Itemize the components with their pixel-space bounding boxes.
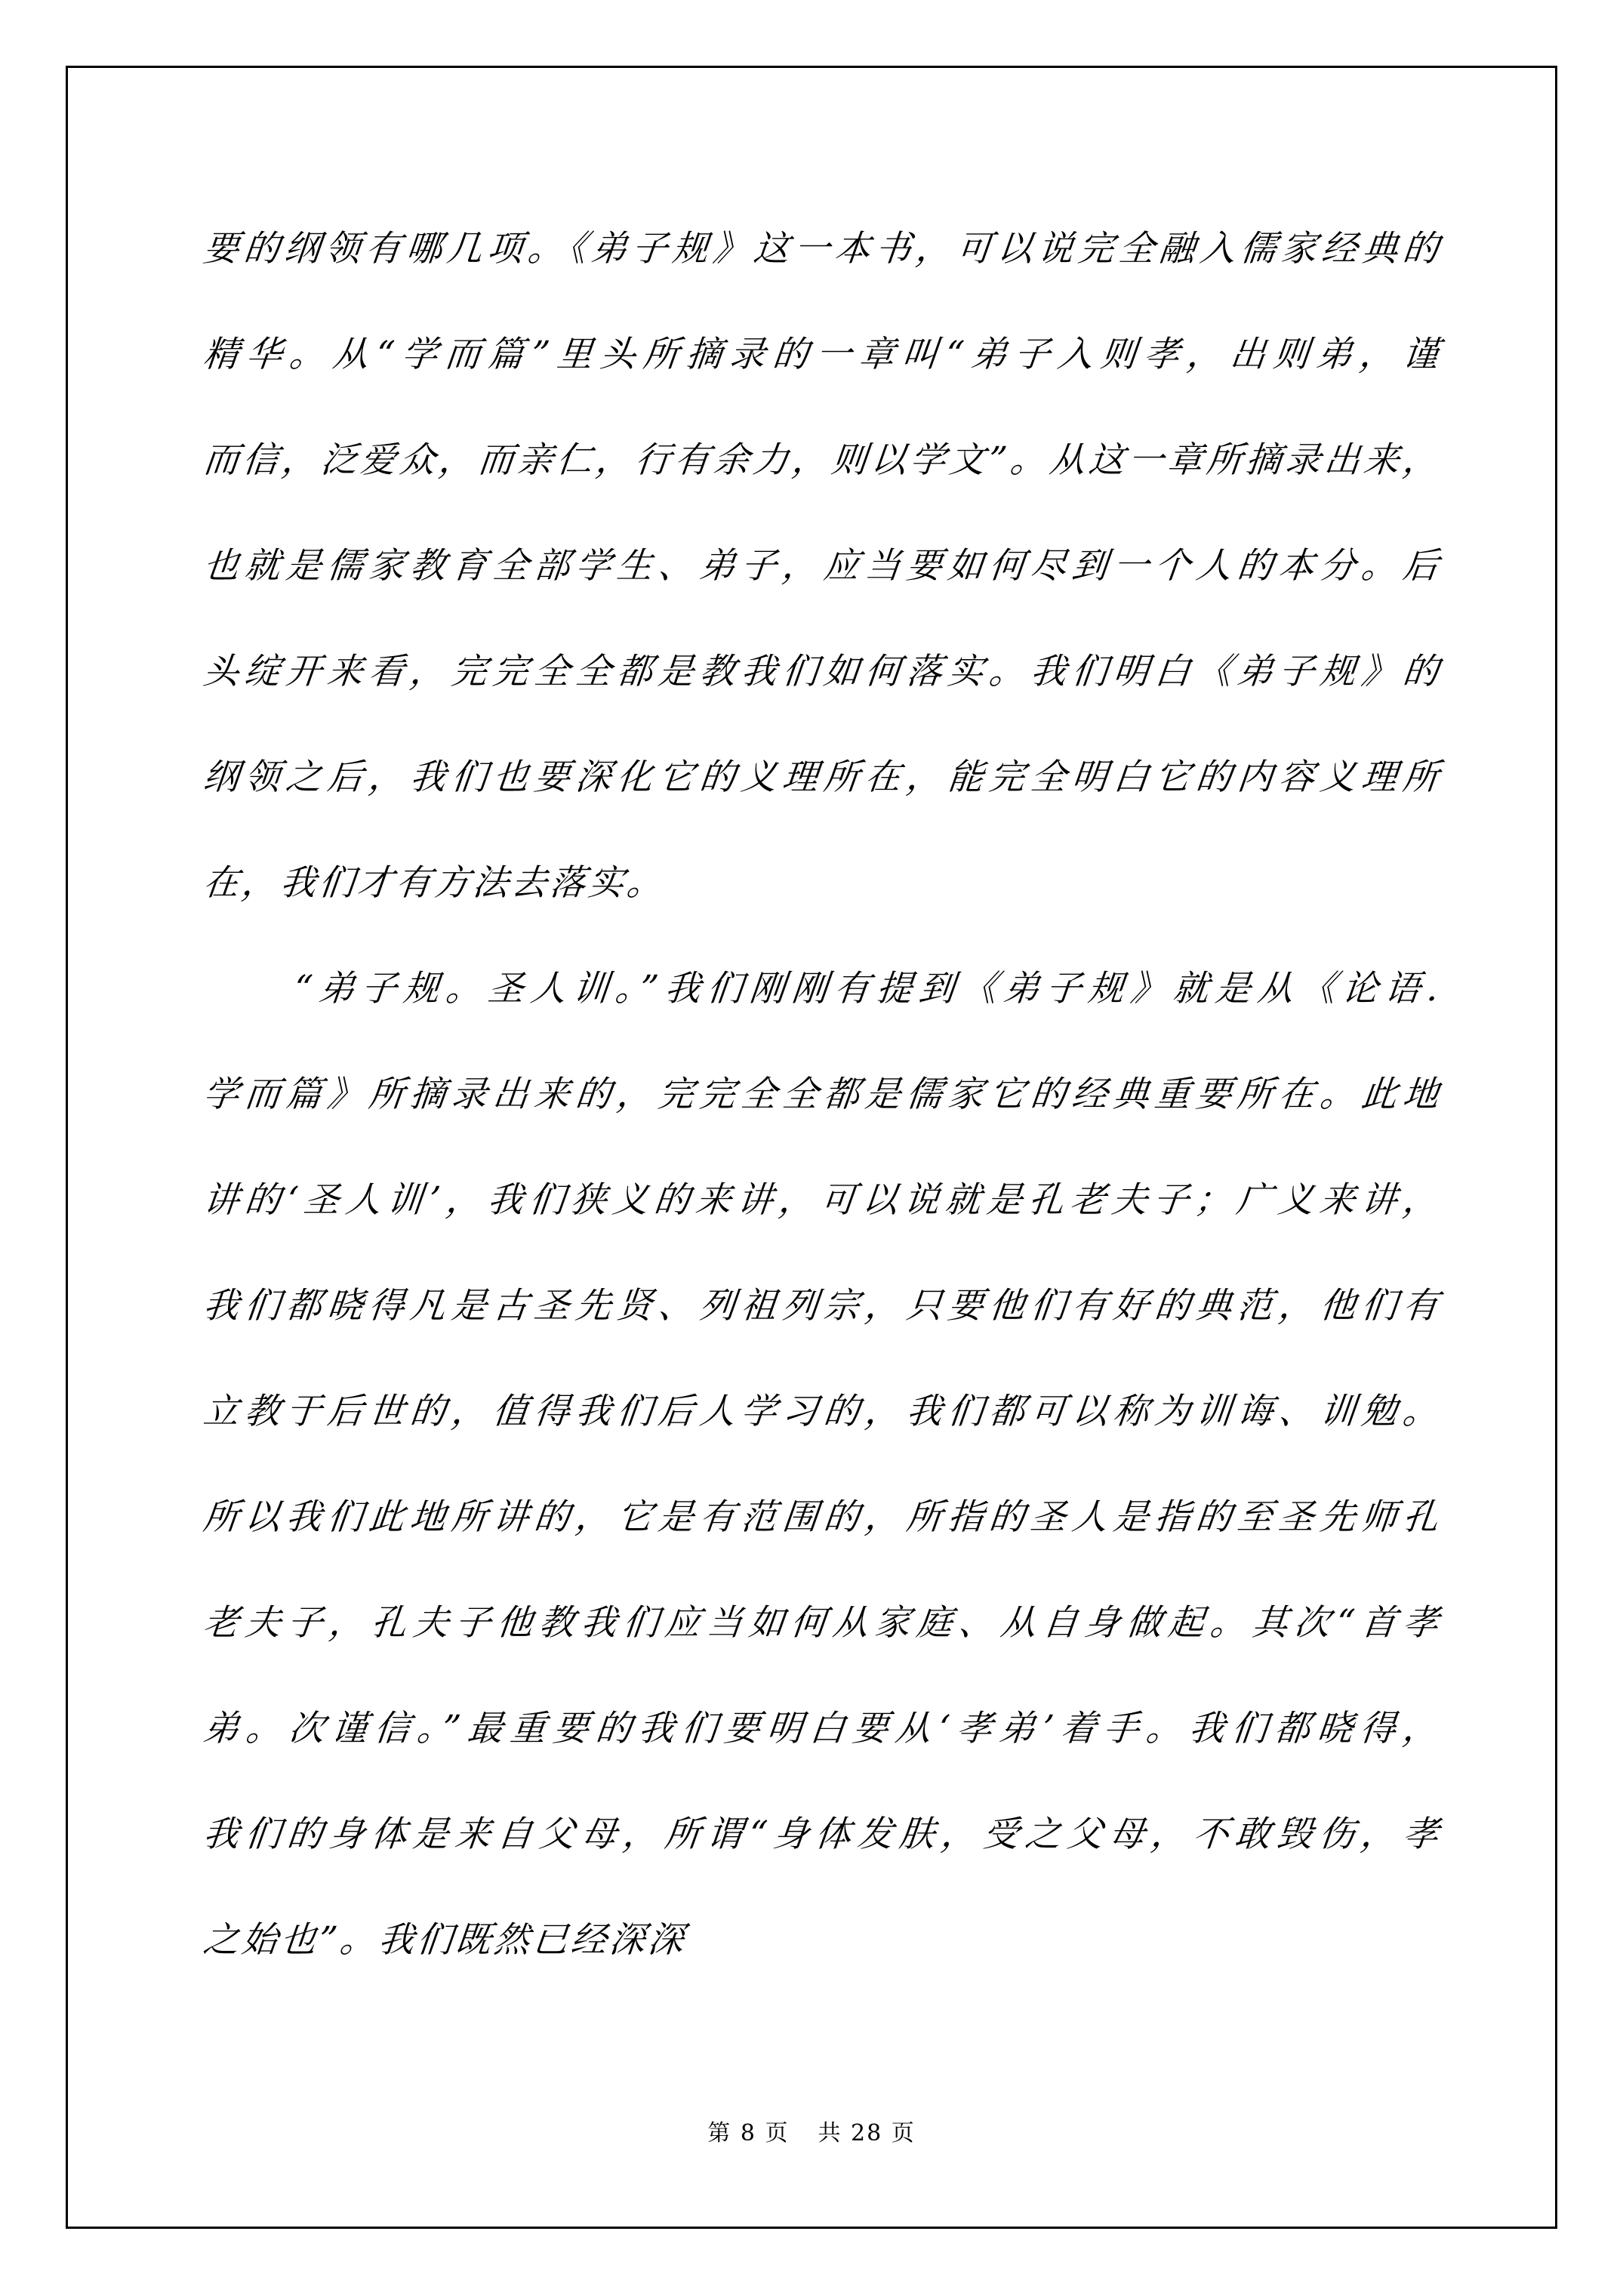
text-line-content: 而信，泛爱众，而亲仁，行有余力，则以学文”。从这一章所摘录出来， [198, 408, 1447, 513]
text-line-content: 在，我们才有方法去落实。 [198, 831, 671, 936]
text-line: 纲领之后，我们也要深化它的义理所在，能完全明白它的内容义理所 [200, 725, 1438, 831]
text-line-content: 纲领之后，我们也要深化它的义理所在，能完全明白它的内容义理所 [198, 725, 1447, 831]
text-line: 我们都晓得凡是古圣先贤、列祖列宗，只要他们有好的典范，他们有 [200, 1253, 1438, 1359]
text-line-content: 学而篇》所摘录出来的，完完全全都是儒家它的经典重要所在。此地 [198, 1042, 1447, 1148]
text-line: 我们的身体是来自父母，所谓“身体发肤，受之父母，不敢毁伤，孝 [200, 1782, 1438, 1888]
text-line-content: 我们的身体是来自父母，所谓“身体发肤，受之父母，不敢毁伤，孝 [198, 1782, 1447, 1888]
text-line-content: 所以我们此地所讲的，它是有范围的，所指的圣人是指的至圣先师孔 [198, 1465, 1447, 1570]
page-footer: 第 8 页共 28 页 [0, 2114, 1623, 2147]
text-line: 之始也”。我们既然已经深深 [200, 1888, 1438, 1993]
text-line-content: 也就是儒家教育全部学生、弟子，应当要如何尽到一个人的本分。后 [198, 513, 1447, 619]
text-line: 弟。次谨信。”最重要的我们要明白要从‘孝弟’着手。我们都晓得， [200, 1676, 1438, 1782]
page-number: 第 8 页 [707, 2120, 789, 2147]
text-line: 头绽开来看，完完全全都是教我们如何落实。我们明白《弟子规》的 [200, 619, 1438, 725]
text-line: 立教于后世的，值得我们后人学习的，我们都可以称为训诲、训勉。 [200, 1359, 1438, 1465]
text-line: 所以我们此地所讲的，它是有范围的，所指的圣人是指的至圣先师孔 [200, 1465, 1438, 1570]
text-line-content: 我们都晓得凡是古圣先贤、列祖列宗，只要他们有好的典范，他们有 [198, 1253, 1447, 1359]
text-line: “弟子规。圣人训。”我们刚刚有提到《弟子规》就是从《论语. [200, 936, 1438, 1042]
document-page: 要的纲领有哪几项。《弟子规》这一本书，可以说完全融入儒家经典的精华。从“学而篇”… [0, 0, 1623, 2296]
text-line: 也就是儒家教育全部学生、弟子，应当要如何尽到一个人的本分。后 [200, 513, 1438, 619]
text-line-content: 头绽开来看，完完全全都是教我们如何落实。我们明白《弟子规》的 [198, 619, 1447, 725]
text-line-content: “弟子规。圣人训。”我们刚刚有提到《弟子规》就是从《论语. [198, 936, 1447, 1042]
text-line-content: 要的纲领有哪几项。《弟子规》这一本书，可以说完全融入儒家经典的 [198, 196, 1447, 302]
text-line: 要的纲领有哪几项。《弟子规》这一本书，可以说完全融入儒家经典的 [200, 196, 1438, 302]
page-total: 共 28 页 [818, 2120, 915, 2147]
text-line-content: 弟。次谨信。”最重要的我们要明白要从‘孝弟’着手。我们都晓得， [198, 1676, 1447, 1782]
text-line: 学而篇》所摘录出来的，完完全全都是儒家它的经典重要所在。此地 [200, 1042, 1438, 1148]
text-line-content: 之始也”。我们既然已经深深 [198, 1888, 692, 1993]
text-line: 在，我们才有方法去落实。 [200, 831, 1438, 936]
text-line-content: 立教于后世的，值得我们后人学习的，我们都可以称为训诲、训勉。 [198, 1359, 1447, 1465]
text-line-content: 老夫子，孔夫子他教我们应当如何从家庭、从自身做起。其次“首孝 [198, 1570, 1447, 1676]
text-line-content: 精华。从“学而篇”里头所摘录的一章叫“弟子入则孝，出则弟，谨 [198, 302, 1447, 408]
text-line: 老夫子，孔夫子他教我们应当如何从家庭、从自身做起。其次“首孝 [200, 1570, 1438, 1676]
text-line: 讲的‘圣人训’，我们狭义的来讲，可以说就是孔老夫子；广义来讲， [200, 1148, 1438, 1253]
text-line: 精华。从“学而篇”里头所摘录的一章叫“弟子入则孝，出则弟，谨 [200, 302, 1438, 408]
text-body: 要的纲领有哪几项。《弟子规》这一本书，可以说完全融入儒家经典的精华。从“学而篇”… [200, 196, 1438, 1993]
text-line: 而信，泛爱众，而亲仁，行有余力，则以学文”。从这一章所摘录出来， [200, 408, 1438, 513]
text-line-content: 讲的‘圣人训’，我们狭义的来讲，可以说就是孔老夫子；广义来讲， [198, 1148, 1447, 1253]
